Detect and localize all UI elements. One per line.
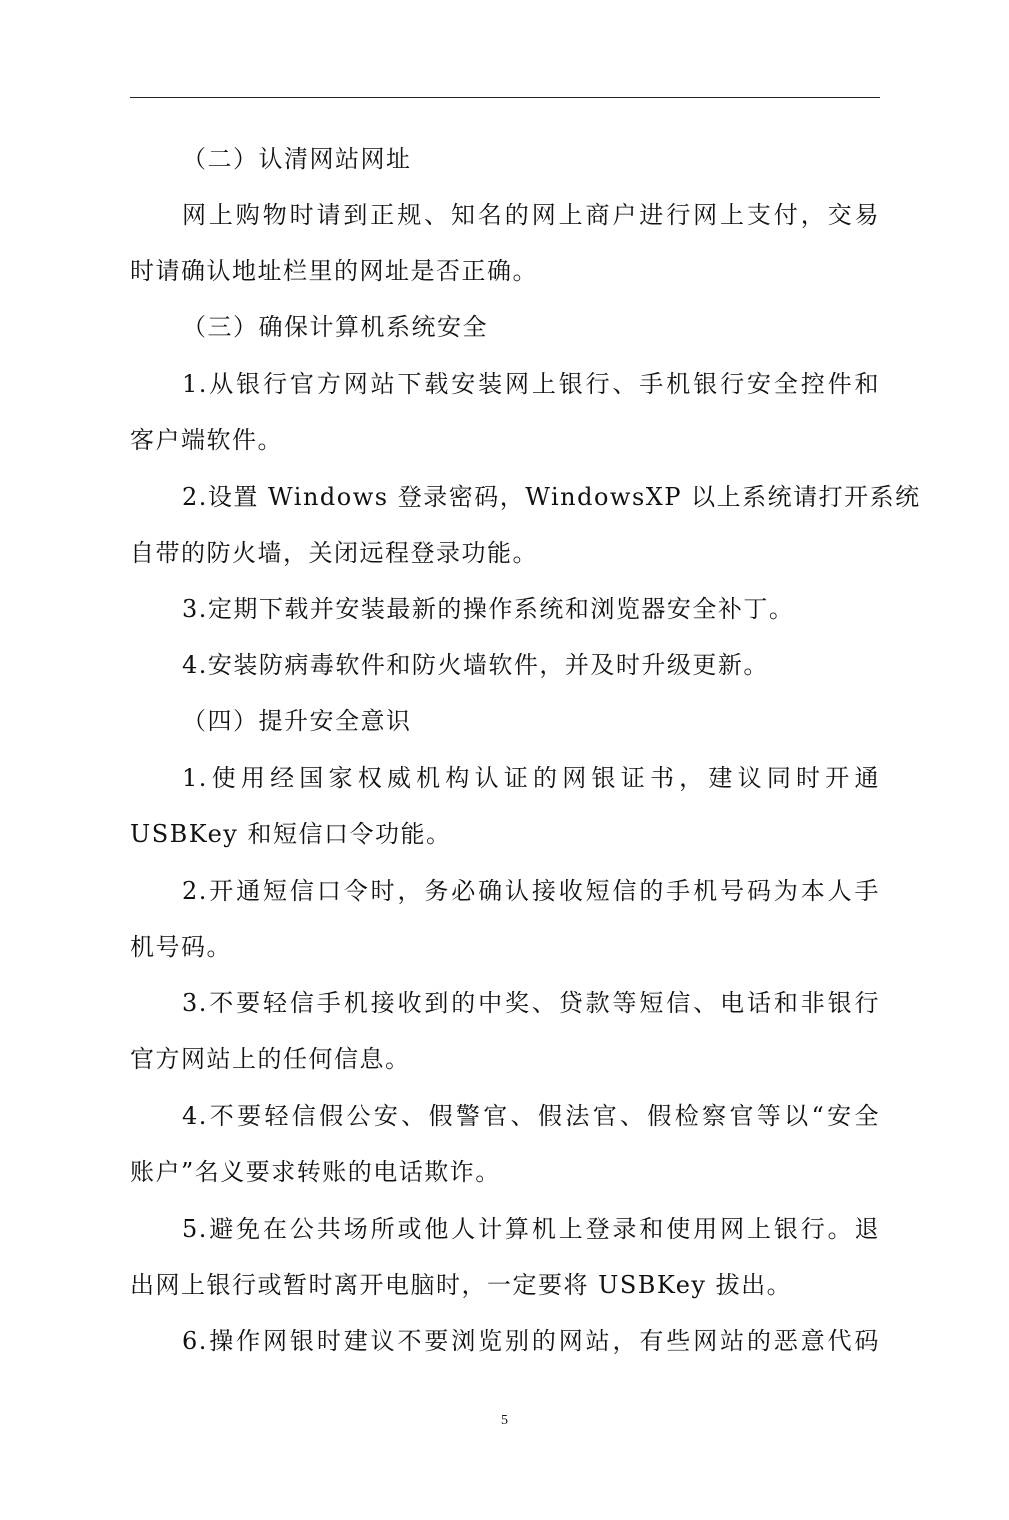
paragraph-line: 2.开通短信口令时，务必确认接收短信的手机号码为本人手 xyxy=(130,876,880,906)
paragraph-line: 出网上银行或暂时离开电脑时，一定要将 USBKey 拔出。 xyxy=(130,1270,880,1300)
paragraph-line: 官方网站上的任何信息。 xyxy=(130,1044,880,1074)
paragraph-line: 1.使用经国家权威机构认证的网银证书，建议同时开通 xyxy=(130,763,880,793)
paragraph-line: 客户端软件。 xyxy=(130,425,880,455)
paragraph-line: 2.设置 Windows 登录密码，WindowsXP 以上系统请打开系统 xyxy=(130,482,880,512)
page-number: 5 xyxy=(0,1413,1009,1429)
paragraph-line: 账户”名义要求转账的电话欺诈。 xyxy=(130,1157,880,1187)
paragraph-line: 网上购物时请到正规、知名的网上商户进行网上支付，交易 xyxy=(130,200,880,230)
section-heading-4: （四）提升安全意识 xyxy=(130,706,880,736)
paragraph-line: 时请确认地址栏里的网址是否正确。 xyxy=(130,256,880,286)
paragraph-line: 3.定期下载并安装最新的操作系统和浏览器安全补丁。 xyxy=(130,594,880,624)
paragraph-line: 4.安装防病毒软件和防火墙软件，并及时升级更新。 xyxy=(130,650,880,680)
paragraph-line: 4.不要轻信假公安、假警官、假法官、假检察官等以“安全 xyxy=(130,1101,880,1131)
paragraph-line: 自带的防火墙，关闭远程登录功能。 xyxy=(130,538,880,568)
section-heading-2: （二）认清网站网址 xyxy=(130,144,880,174)
paragraph-line: 6.操作网银时建议不要浏览别的网站，有些网站的恶意代码 xyxy=(130,1326,880,1356)
paragraph-line: USBKey 和短信口令功能。 xyxy=(130,819,880,849)
paragraph-line: 机号码。 xyxy=(130,932,880,962)
paragraph-line: 5.避免在公共场所或他人计算机上登录和使用网上银行。退 xyxy=(130,1214,880,1244)
paragraph-line: 3.不要轻信手机接收到的中奖、贷款等短信、电话和非银行 xyxy=(130,988,880,1018)
paragraph-line: 1.从银行官方网站下载安装网上银行、手机银行安全控件和 xyxy=(130,369,880,399)
header-rule xyxy=(130,97,880,98)
section-heading-3: （三）确保计算机系统安全 xyxy=(130,312,880,342)
